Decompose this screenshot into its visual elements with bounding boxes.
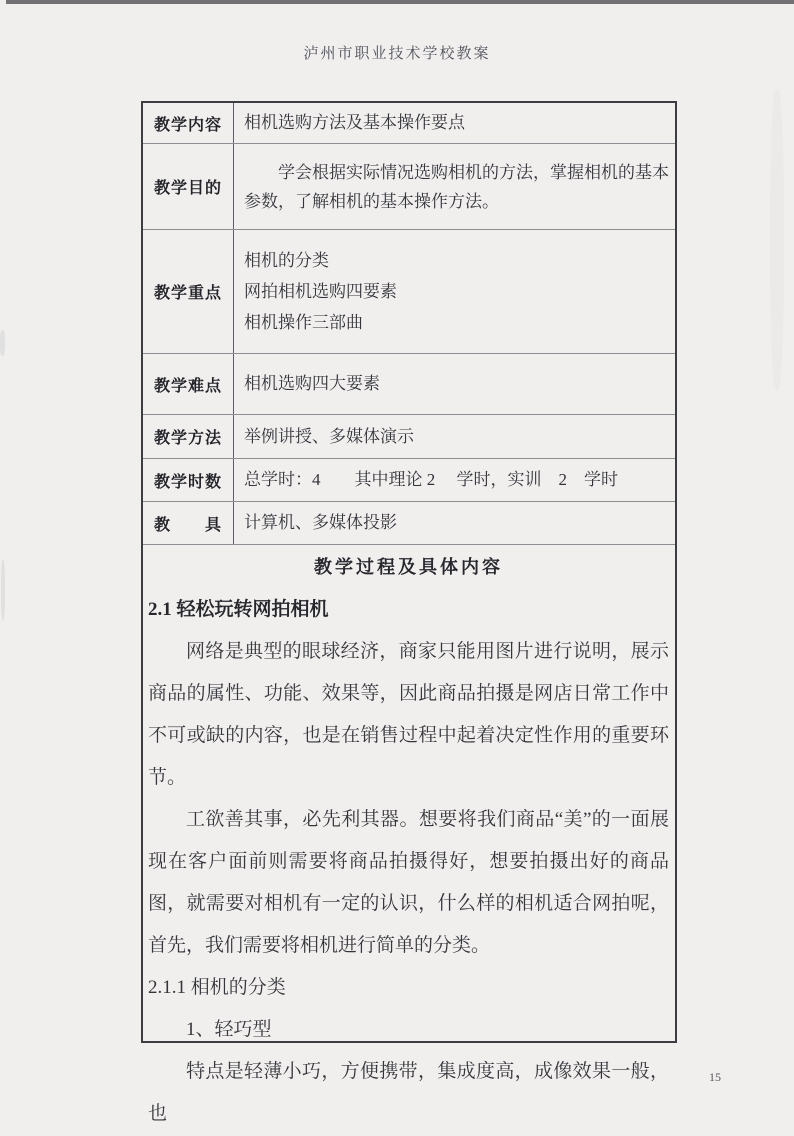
table-row-teaching-keypoints: 教学重点 相机的分类 网拍相机选购四要素 相机操作三部曲 [143,230,675,354]
row-content: 相机选购四大要素 [234,354,675,414]
row-content: 相机选购方法及基本操作要点 [234,103,675,143]
row-label: 教学方法 [143,415,234,458]
row-label: 教学难点 [143,354,234,414]
table-row-teaching-hours: 教学时数 总学时：4 其中理论 2 学时，实训 2 学时 [143,459,675,502]
table-row-teaching-objective: 教学目的 学会根据实际情况选购相机的方法，掌握相机的基本参数，了解相机的基本操作… [143,144,675,230]
row-label: 教学内容 [143,103,234,143]
table-row-process-content: 教学过程及具体内容 2.1 轻松玩转网拍相机 网络是典型的眼球经济，商家只能用图… [143,545,675,1135]
row-label: 教学重点 [143,230,234,353]
scan-artifact-top-edge [6,0,794,4]
body-paragraph-1: 网络是典型的眼球经济，商家只能用图片进行说明，展示商品的属性、功能、效果等，因此… [148,631,669,799]
table-row-teaching-aids: 教 具 计算机、多媒体投影 [143,502,675,545]
page-number: 15 [700,1070,730,1085]
lesson-plan-table: 教学内容 相机选购方法及基本操作要点 教学目的 学会根据实际情况选购相机的方法，… [141,101,677,1043]
heading-2-1: 2.1 轻松玩转网拍相机 [148,589,669,631]
table-row-teaching-content: 教学内容 相机选购方法及基本操作要点 [143,103,675,144]
heading-2-1-1: 2.1.1 相机的分类 [148,967,669,1009]
row-content: 计算机、多媒体投影 [234,502,675,544]
scan-artifact-blob [770,90,784,390]
scan-artifact-blob [1,560,5,620]
body-content: 教学过程及具体内容 2.1 轻松玩转网拍相机 网络是典型的眼球经济，商家只能用图… [143,545,675,1135]
row-label: 教 具 [143,502,234,544]
row-content: 学会根据实际情况选购相机的方法，掌握相机的基本参数，了解相机的基本操作方法。 [234,144,675,229]
body-paragraph-3: 特点是轻薄小巧，方便携带，集成度高，成像效果一般，也 [148,1051,669,1135]
document-page: 泸州市职业技术学校教案 教学内容 相机选购方法及基本操作要点 教学目的 学会根据… [0,0,794,1136]
section-heading: 教学过程及具体内容 [148,553,669,581]
row-content: 相机的分类 网拍相机选购四要素 相机操作三部曲 [234,230,675,353]
row-label: 教学目的 [143,144,234,229]
row-label: 教学时数 [143,459,234,501]
table-row-teaching-method: 教学方法 举例讲授、多媒体演示 [143,415,675,459]
row-content: 总学时：4 其中理论 2 学时，实训 2 学时 [234,459,675,501]
page-header: 泸州市职业技术学校教案 [0,42,794,63]
scan-artifact-blob [0,330,5,356]
body-paragraph-2: 工欲善其事，必先利其器。想要将我们商品“美”的一面展现在客户面前则需要将商品拍摄… [148,799,669,967]
list-item-1: 1、轻巧型 [148,1009,669,1051]
table-row-teaching-difficulties: 教学难点 相机选购四大要素 [143,354,675,415]
row-content: 举例讲授、多媒体演示 [234,415,675,458]
